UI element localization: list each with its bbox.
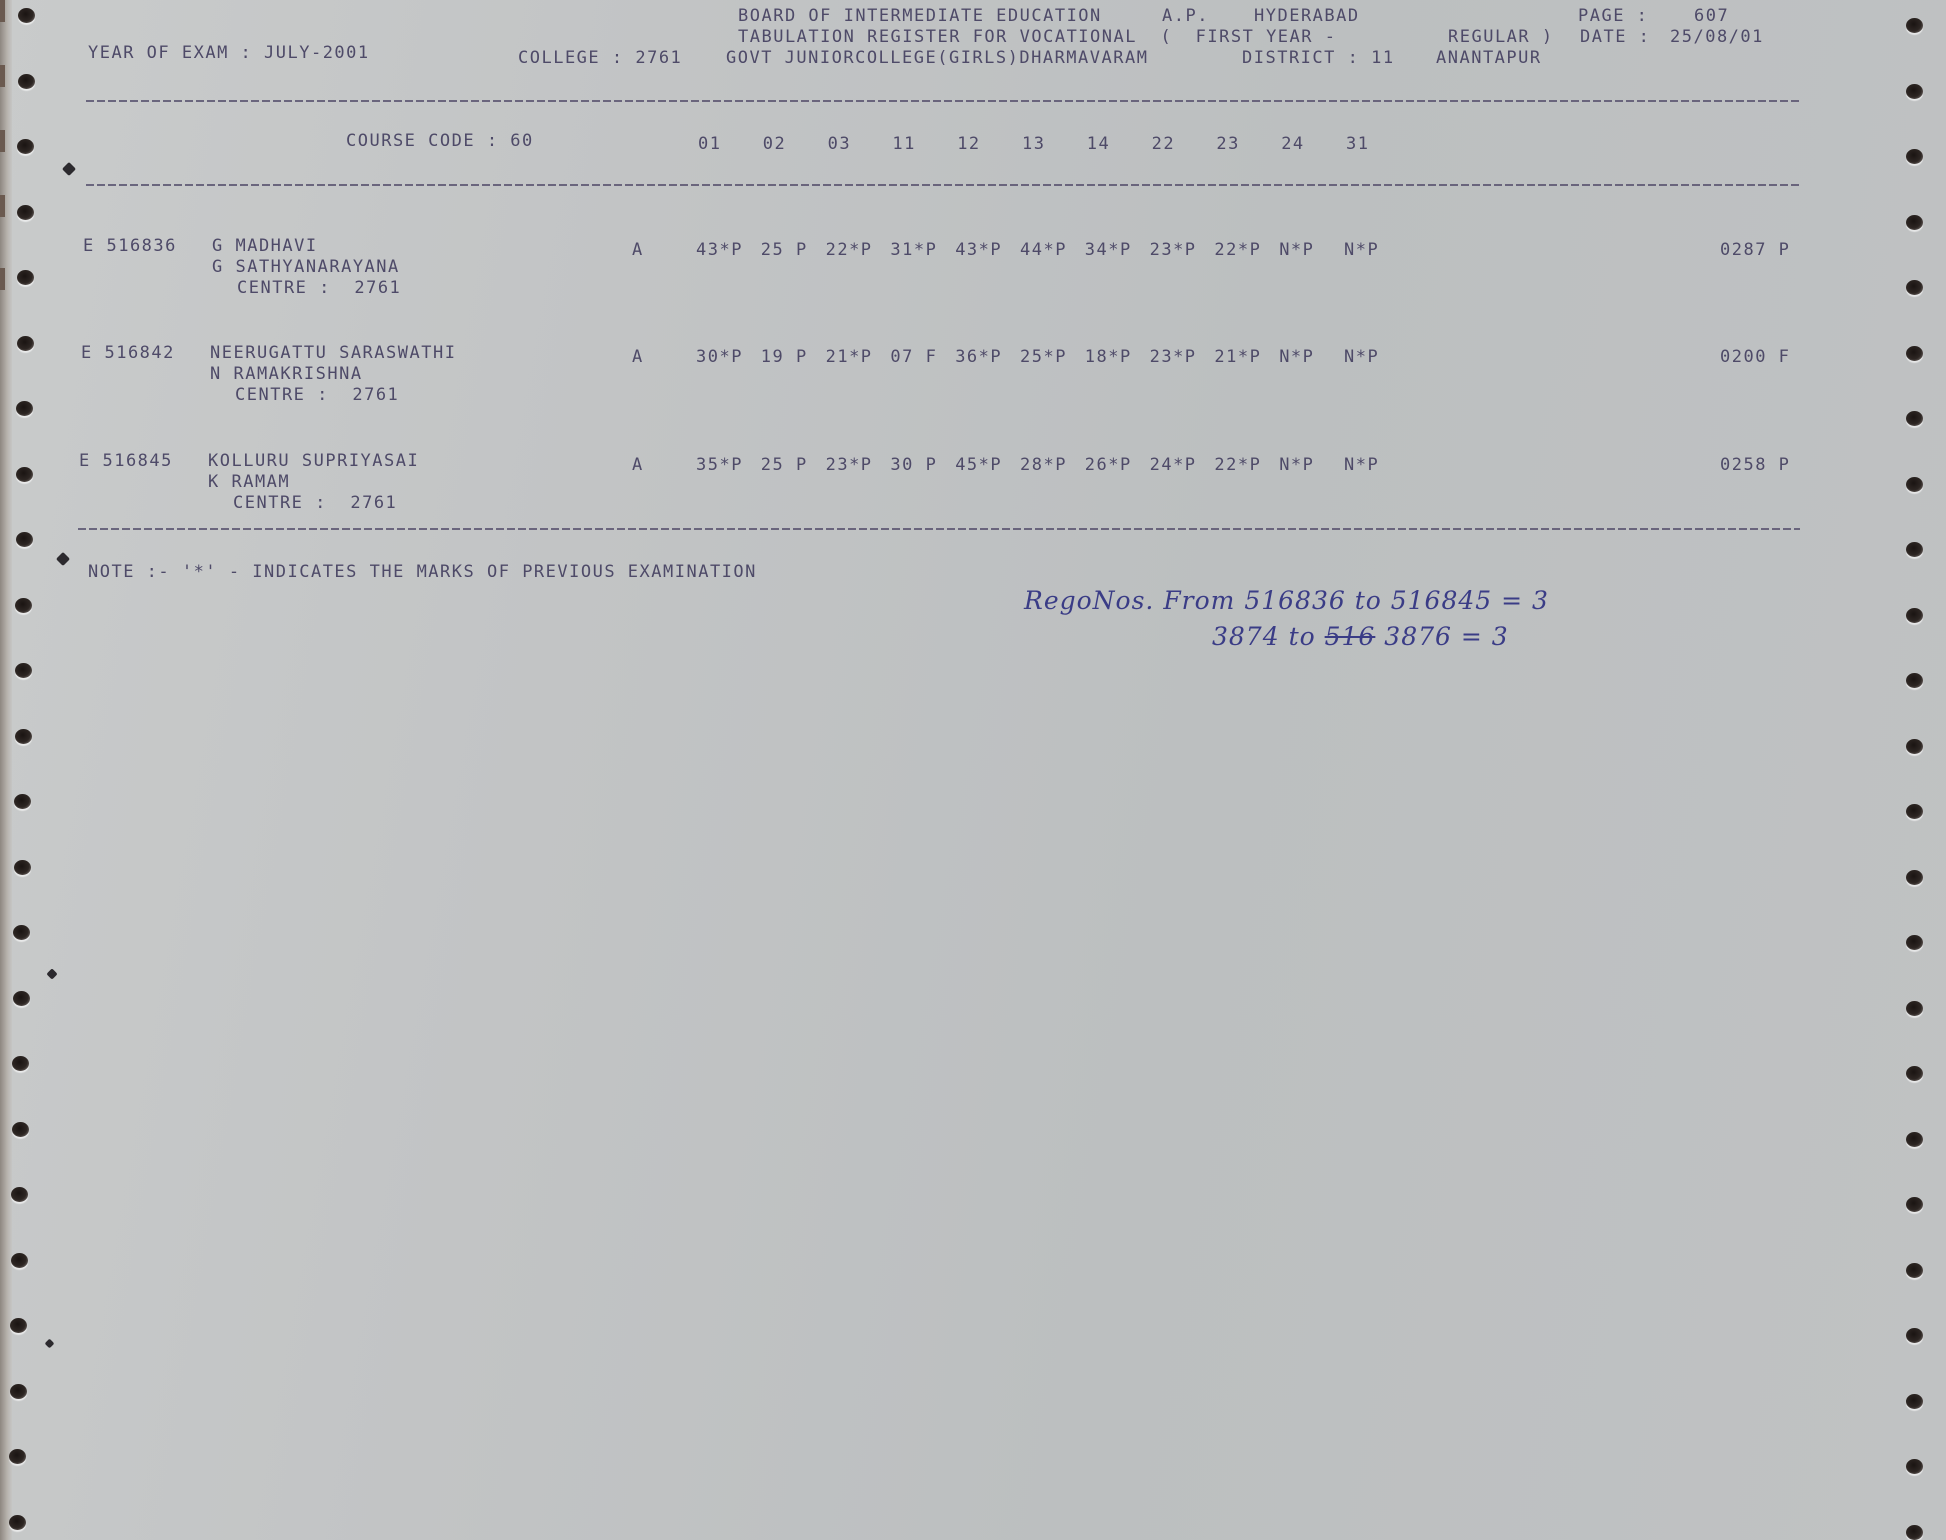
centre-code: CENTRE : 2761 <box>233 493 397 513</box>
reg-number: E 516845 <box>79 451 173 471</box>
page-label: PAGE : <box>1578 6 1648 26</box>
subject-mark: 22*P <box>1214 455 1261 475</box>
tractor-hole <box>1906 1001 1923 1016</box>
tractor-hole <box>1906 84 1923 99</box>
tractor-hole <box>1906 346 1923 361</box>
edge-notch <box>0 65 5 87</box>
subject-code-02: 02 <box>763 134 786 154</box>
subject-mark: 36*P <box>955 347 1002 367</box>
tractor-hole <box>17 270 34 285</box>
subject-mark: 23*P <box>1150 240 1197 260</box>
subject-code-22: 22 <box>1152 134 1175 154</box>
tractor-hole <box>14 794 31 809</box>
father-name: K RAMAM <box>208 472 290 492</box>
hand-part-a: 3874 to <box>1212 622 1316 651</box>
tractor-hole <box>12 1056 29 1071</box>
paper-mark <box>46 968 57 979</box>
college-name: GOVT JUNIORCOLLEGE(GIRLS)DHARMAVARAM <box>726 48 1148 68</box>
college-code: COLLEGE : 2761 <box>518 48 682 68</box>
subject-mark: 18*P <box>1085 347 1132 367</box>
tractor-hole <box>14 860 31 875</box>
subject-mark: 24*P <box>1150 455 1197 475</box>
subject-mark: 22*P <box>826 240 873 260</box>
tractor-hole <box>13 925 30 940</box>
district-name: ANANTAPUR <box>1436 48 1542 68</box>
subject-mark: N*P <box>1344 347 1379 367</box>
tractor-hole <box>10 1384 27 1399</box>
tractor-hole <box>1906 1328 1923 1343</box>
print-date: 25/08/01 <box>1670 27 1764 47</box>
centre-code: CENTRE : 2761 <box>237 278 401 298</box>
part-code: A <box>632 240 644 260</box>
subject-mark: 23*P <box>826 455 873 475</box>
subject-code-03: 03 <box>828 134 851 154</box>
edge-notch <box>0 268 5 290</box>
student-name: G MADHAVI <box>212 236 318 256</box>
subject-code-12: 12 <box>957 134 980 154</box>
subject-mark: 44*P <box>1020 240 1067 260</box>
register-title: TABULATION REGISTER FOR VOCATIONAL ( FIR… <box>738 27 1336 47</box>
board-city: HYDERABAD <box>1254 6 1360 26</box>
subject-mark: 25 P <box>761 455 808 475</box>
subject-mark: 19 P <box>761 347 808 367</box>
page-number: 607 <box>1694 6 1729 26</box>
course-code: COURSE CODE : 60 <box>346 131 534 151</box>
subject-mark: 43*P <box>696 240 743 260</box>
subject-mark: 43*P <box>955 240 1002 260</box>
subject-code-31: 31 <box>1346 134 1369 154</box>
subject-mark: N*P <box>1344 240 1379 260</box>
subject-mark: 21*P <box>1214 347 1261 367</box>
tractor-hole <box>11 1253 28 1268</box>
subject-code-01: 01 <box>698 134 721 154</box>
edge-notch <box>0 130 5 152</box>
paper-left-edge <box>0 0 12 1540</box>
tractor-hole <box>1906 149 1923 164</box>
paper-mark <box>62 162 76 176</box>
tractor-hole <box>13 991 30 1006</box>
tractor-hole <box>1906 477 1923 492</box>
board-state: A.P. <box>1162 6 1209 26</box>
subject-mark: 35*P <box>696 455 743 475</box>
father-name: N RAMAKRISHNA <box>210 364 363 384</box>
reg-number: E 516836 <box>83 236 177 256</box>
subject-mark: 22*P <box>1214 240 1261 260</box>
hand-part-b: 3876 = 3 <box>1384 622 1508 651</box>
subject-mark: 21*P <box>826 347 873 367</box>
subject-mark: N*P <box>1344 455 1379 475</box>
paper-mark <box>56 552 70 566</box>
subject-mark: 34*P <box>1085 240 1132 260</box>
subject-code-14: 14 <box>1087 134 1110 154</box>
tractor-hole <box>16 532 33 547</box>
handwritten-count-line: 3874 to 516 3876 = 3 <box>1212 622 1509 651</box>
subject-mark: N*P <box>1279 240 1314 260</box>
tractor-hole <box>1906 1197 1923 1212</box>
tractor-hole <box>1906 673 1923 688</box>
separator-line <box>86 184 1800 186</box>
total-result: 0287 P <box>1720 240 1790 260</box>
tractor-hole <box>18 8 35 23</box>
date-label: DATE : <box>1580 27 1650 47</box>
board-title: BOARD OF INTERMEDIATE EDUCATION <box>738 6 1102 26</box>
tractor-hole <box>1906 1525 1923 1540</box>
tractor-hole <box>17 336 34 351</box>
tractor-hole <box>16 401 33 416</box>
total-result: 0200 F <box>1720 347 1790 367</box>
total-result: 0258 P <box>1720 455 1790 475</box>
student-name: KOLLURU SUPRIYASAI <box>208 451 419 471</box>
subject-code-23: 23 <box>1216 134 1239 154</box>
subject-code-24: 24 <box>1281 134 1304 154</box>
part-code: A <box>632 455 644 475</box>
subject-code-13: 13 <box>1022 134 1045 154</box>
tractor-hole <box>15 598 32 613</box>
subject-mark: 31*P <box>890 240 937 260</box>
separator-line <box>86 100 1800 102</box>
reg-number: E 516842 <box>81 343 175 363</box>
tractor-hole <box>1906 1132 1923 1147</box>
tractor-hole <box>15 663 32 678</box>
tractor-hole <box>11 1187 28 1202</box>
subject-mark: N*P <box>1279 347 1314 367</box>
tractor-hole <box>1906 739 1923 754</box>
subject-mark: 25*P <box>1020 347 1067 367</box>
note-text: NOTE :- '*' - INDICATES THE MARKS OF PRE… <box>88 562 757 582</box>
tractor-hole <box>15 729 32 744</box>
subject-mark: 45*P <box>955 455 1002 475</box>
subject-mark: 23*P <box>1150 347 1197 367</box>
tractor-hole <box>1906 542 1923 557</box>
hand-struck-text: 516 <box>1325 622 1376 651</box>
tractor-hole <box>17 139 34 154</box>
tractor-hole <box>1906 1066 1923 1081</box>
district-code: DISTRICT : 11 <box>1242 48 1395 68</box>
subject-mark: 25 P <box>761 240 808 260</box>
father-name: G SATHYANARAYANA <box>212 257 400 277</box>
subject-mark: 30*P <box>696 347 743 367</box>
subject-mark: 30 P <box>890 455 937 475</box>
subject-code-11: 11 <box>892 134 915 154</box>
tractor-hole <box>1906 1459 1923 1474</box>
tractor-hole <box>1906 18 1923 33</box>
subject-mark: 26*P <box>1085 455 1132 475</box>
tractor-hole <box>1906 1394 1923 1409</box>
tractor-hole <box>17 205 34 220</box>
tractor-hole <box>1906 280 1923 295</box>
tractor-hole <box>1906 1263 1923 1278</box>
subject-mark: 07 F <box>890 347 937 367</box>
tractor-hole <box>1906 215 1923 230</box>
tractor-hole <box>1906 608 1923 623</box>
separator-line <box>78 528 1800 530</box>
tractor-hole <box>9 1449 26 1464</box>
tractor-hole <box>1906 935 1923 950</box>
student-name: NEERUGATTU SARASWATHI <box>210 343 456 363</box>
tractor-hole <box>16 467 33 482</box>
tractor-hole <box>18 74 35 89</box>
tractor-hole <box>12 1122 29 1137</box>
subject-mark: 28*P <box>1020 455 1067 475</box>
edge-notch <box>0 0 5 22</box>
tractor-hole <box>1906 411 1923 426</box>
exam-type: REGULAR ) <box>1448 27 1554 47</box>
part-code: A <box>632 347 644 367</box>
tractor-hole <box>10 1318 27 1333</box>
tractor-hole <box>9 1515 26 1530</box>
edge-notch <box>0 195 5 217</box>
paper-mark <box>45 1339 55 1349</box>
tractor-hole <box>1906 870 1923 885</box>
centre-code: CENTRE : 2761 <box>235 385 399 405</box>
handwritten-reg-range: RegoNos. From 516836 to 516845 = 3 <box>1024 586 1549 615</box>
tractor-hole <box>1906 804 1923 819</box>
subject-mark: N*P <box>1279 455 1314 475</box>
year-of-exam: YEAR OF EXAM : JULY-2001 <box>88 43 370 63</box>
